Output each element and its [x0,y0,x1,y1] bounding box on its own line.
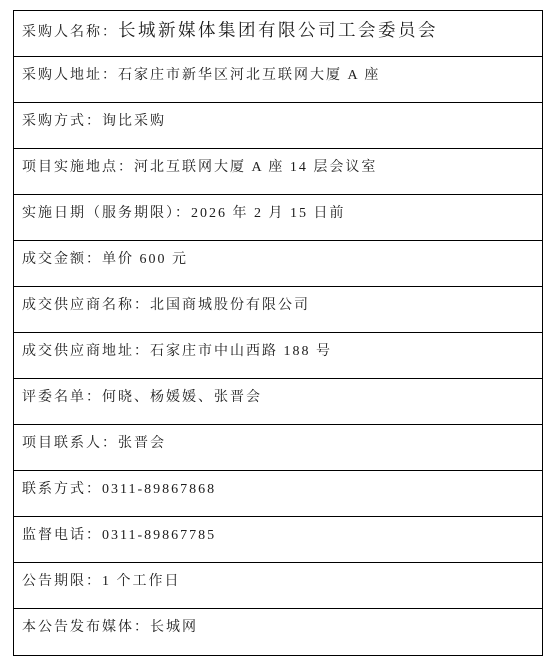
field-label: 成交金额： [22,252,102,267]
table-row: 监督电话：0311-89867785 [14,517,542,563]
field-value: 长城网 [150,620,198,635]
field-value: 单价 600 元 [102,252,188,267]
field-value: 1 个工作日 [102,574,181,589]
table-row: 成交供应商名称：北国商城股份有限公司 [14,287,542,333]
field-label: 本公告发布媒体： [22,620,150,635]
table-row: 公告期限：1 个工作日 [14,563,542,609]
table-row: 评委名单：何晓、杨媛媛、张晋会 [14,379,542,425]
field-label: 公告期限： [22,574,102,589]
procurement-notice-page: 采购人名称：长城新媒体集团有限公司工会委员会 采购人地址：石家庄市新华区河北互联… [0,0,551,664]
field-value: 北国商城股份有限公司 [150,298,310,313]
field-label: 采购人名称： [22,25,118,40]
field-value: 石家庄市中山西路 188 号 [150,344,332,359]
table-row: 联系方式：0311-89867868 [14,471,542,517]
field-value: 0311-89867785 [102,528,216,543]
field-label: 项目实施地点： [22,160,134,175]
field-label: 评委名单： [22,390,102,405]
table-row: 项目联系人：张晋会 [14,425,542,471]
table-row: 成交供应商地址：石家庄市中山西路 188 号 [14,333,542,379]
field-label: 监督电话： [22,528,102,543]
field-label: 成交供应商地址： [22,344,150,359]
field-label: 采购方式： [22,114,102,129]
field-label: 采购人地址： [22,68,118,83]
table-row: 实施日期（服务期限）：2026 年 2 月 15 日前 [14,195,542,241]
field-value: 询比采购 [102,114,166,129]
table-row: 成交金额：单价 600 元 [14,241,542,287]
field-label: 实施日期（服务期限）： [22,206,191,221]
field-value: 河北互联网大厦 A 座 14 层会议室 [134,160,377,175]
table-row: 采购人地址：石家庄市新华区河北互联网大厦 A 座 [14,57,542,103]
field-label: 联系方式： [22,482,102,497]
field-value: 何晓、杨媛媛、张晋会 [102,390,262,405]
field-value: 张晋会 [118,436,166,451]
table-row: 采购人名称：长城新媒体集团有限公司工会委员会 [14,11,542,57]
table-row: 采购方式：询比采购 [14,103,542,149]
field-value: 0311-89867868 [102,482,216,497]
notice-table: 采购人名称：长城新媒体集团有限公司工会委员会 采购人地址：石家庄市新华区河北互联… [13,10,543,656]
field-label: 成交供应商名称： [22,298,150,313]
table-row: 项目实施地点：河北互联网大厦 A 座 14 层会议室 [14,149,542,195]
field-label: 项目联系人： [22,436,118,451]
field-value: 2026 年 2 月 15 日前 [191,206,346,221]
field-value: 长城新媒体集团有限公司工会委员会 [118,20,438,40]
field-value: 石家庄市新华区河北互联网大厦 A 座 [118,68,380,83]
table-row: 本公告发布媒体：长城网 [14,609,542,655]
